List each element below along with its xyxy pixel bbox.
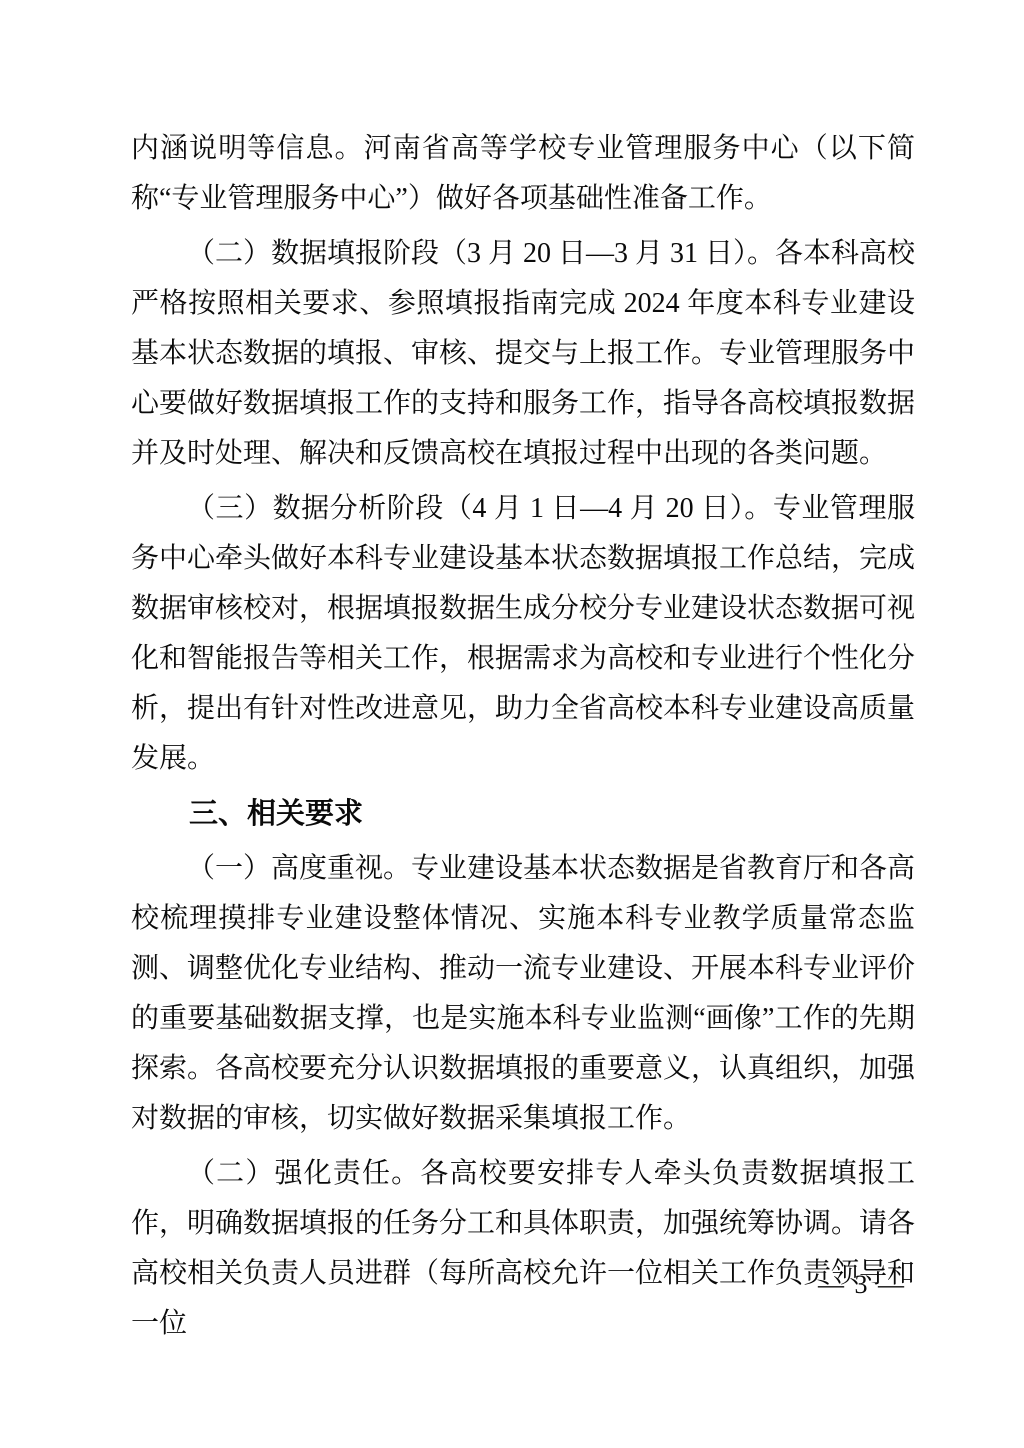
document-page: 内涵说明等信息。河南省高等学校专业管理服务中心（以下简称“专业管理服务中心”）做…: [0, 0, 1024, 1448]
paragraph-data-filling-stage: （二）数据填报阶段（3 月 20 日—3 月 31 日）。各本科高校严格按照相关…: [131, 229, 915, 479]
paragraph-strengthen-responsibility: （二）强化责任。各高校要安排专人牵头负责数据填报工作，明确数据填报的任务分工和具…: [131, 1149, 915, 1349]
document-body: 内涵说明等信息。河南省高等学校专业管理服务中心（以下简称“专业管理服务中心”）做…: [131, 124, 915, 1349]
paragraph-continued-from-previous-page: 内涵说明等信息。河南省高等学校专业管理服务中心（以下简称“专业管理服务中心”）做…: [131, 124, 915, 224]
paragraph-high-attention: （一）高度重视。专业建设基本状态数据是省教育厅和各高校梳理摸排专业建设整体情况、…: [131, 844, 915, 1144]
section-heading-related-requirements: 三、相关要求: [131, 789, 915, 839]
paragraph-data-analysis-stage: （三）数据分析阶段（4 月 1 日—4 月 20 日）。专业管理服务中心牵头做好…: [131, 484, 915, 784]
page-number: — 3 —: [818, 1268, 906, 1302]
